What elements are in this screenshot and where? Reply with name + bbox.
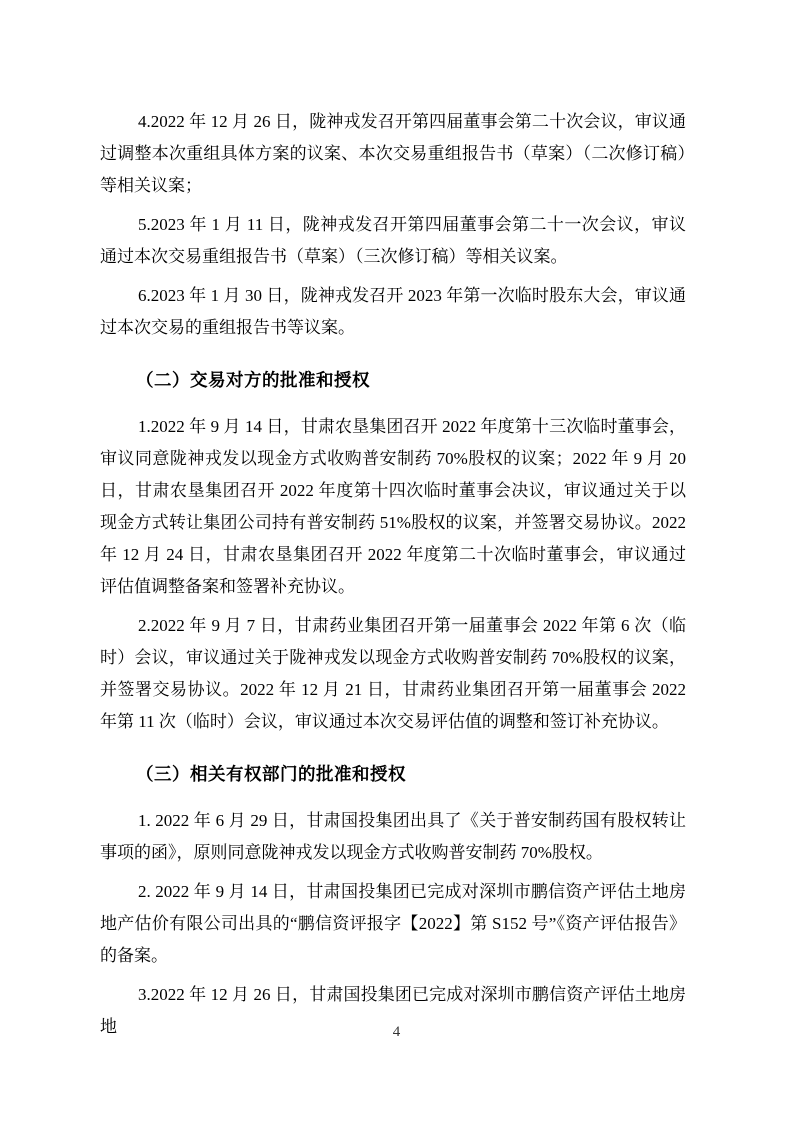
- section-heading-authority-approval: （三）相关有权部门的批准和授权: [100, 758, 686, 790]
- paragraph-approval-6: 6.2023 年 1 月 30 日，陇神戎发召开 2023 年第一次临时股东大会…: [100, 280, 686, 344]
- document-page: 4.2022 年 12 月 26 日，陇神戎发召开第四届董事会第二十次会议，审议…: [0, 0, 793, 1122]
- page-number: 4: [0, 1022, 793, 1042]
- paragraph-authority-1: 1. 2022 年 6 月 29 日，甘肃国投集团出具了《关于普安制药国有股权转…: [100, 805, 686, 869]
- paragraph-counterparty-1: 1.2022 年 9 月 14 日，甘肃农垦集团召开 2022 年度第十三次临时…: [100, 411, 686, 603]
- paragraph-approval-5: 5.2023 年 1 月 11 日，陇神戎发召开第四届董事会第二十一次会议，审议…: [100, 209, 686, 273]
- section-heading-counterparty-approval: （二）交易对方的批准和授权: [100, 364, 686, 396]
- paragraph-authority-2: 2. 2022 年 9 月 14 日，甘肃国投集团已完成对深圳市鹏信资产评估土地…: [100, 876, 686, 972]
- paragraph-counterparty-2: 2.2022 年 9 月 7 日，甘肃药业集团召开第一届董事会 2022 年第 …: [100, 610, 686, 738]
- page-content: 4.2022 年 12 月 26 日，陇神戎发召开第四届董事会第二十次会议，审议…: [100, 106, 686, 1043]
- paragraph-approval-4: 4.2022 年 12 月 26 日，陇神戎发召开第四届董事会第二十次会议，审议…: [100, 106, 686, 202]
